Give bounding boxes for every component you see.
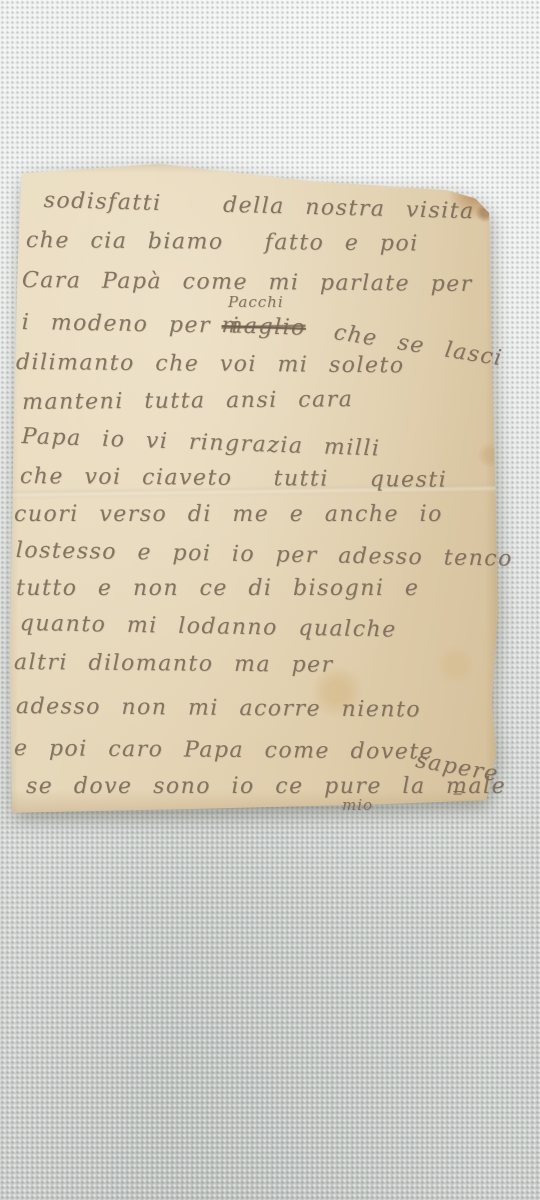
photo-of-letter: sodisfatti della nostra visitache cia bi…: [0, 0, 540, 1200]
fold-crease: [6, 485, 500, 499]
letter-paper: [6, 160, 500, 816]
letter-paper-shadow: [6, 160, 500, 816]
